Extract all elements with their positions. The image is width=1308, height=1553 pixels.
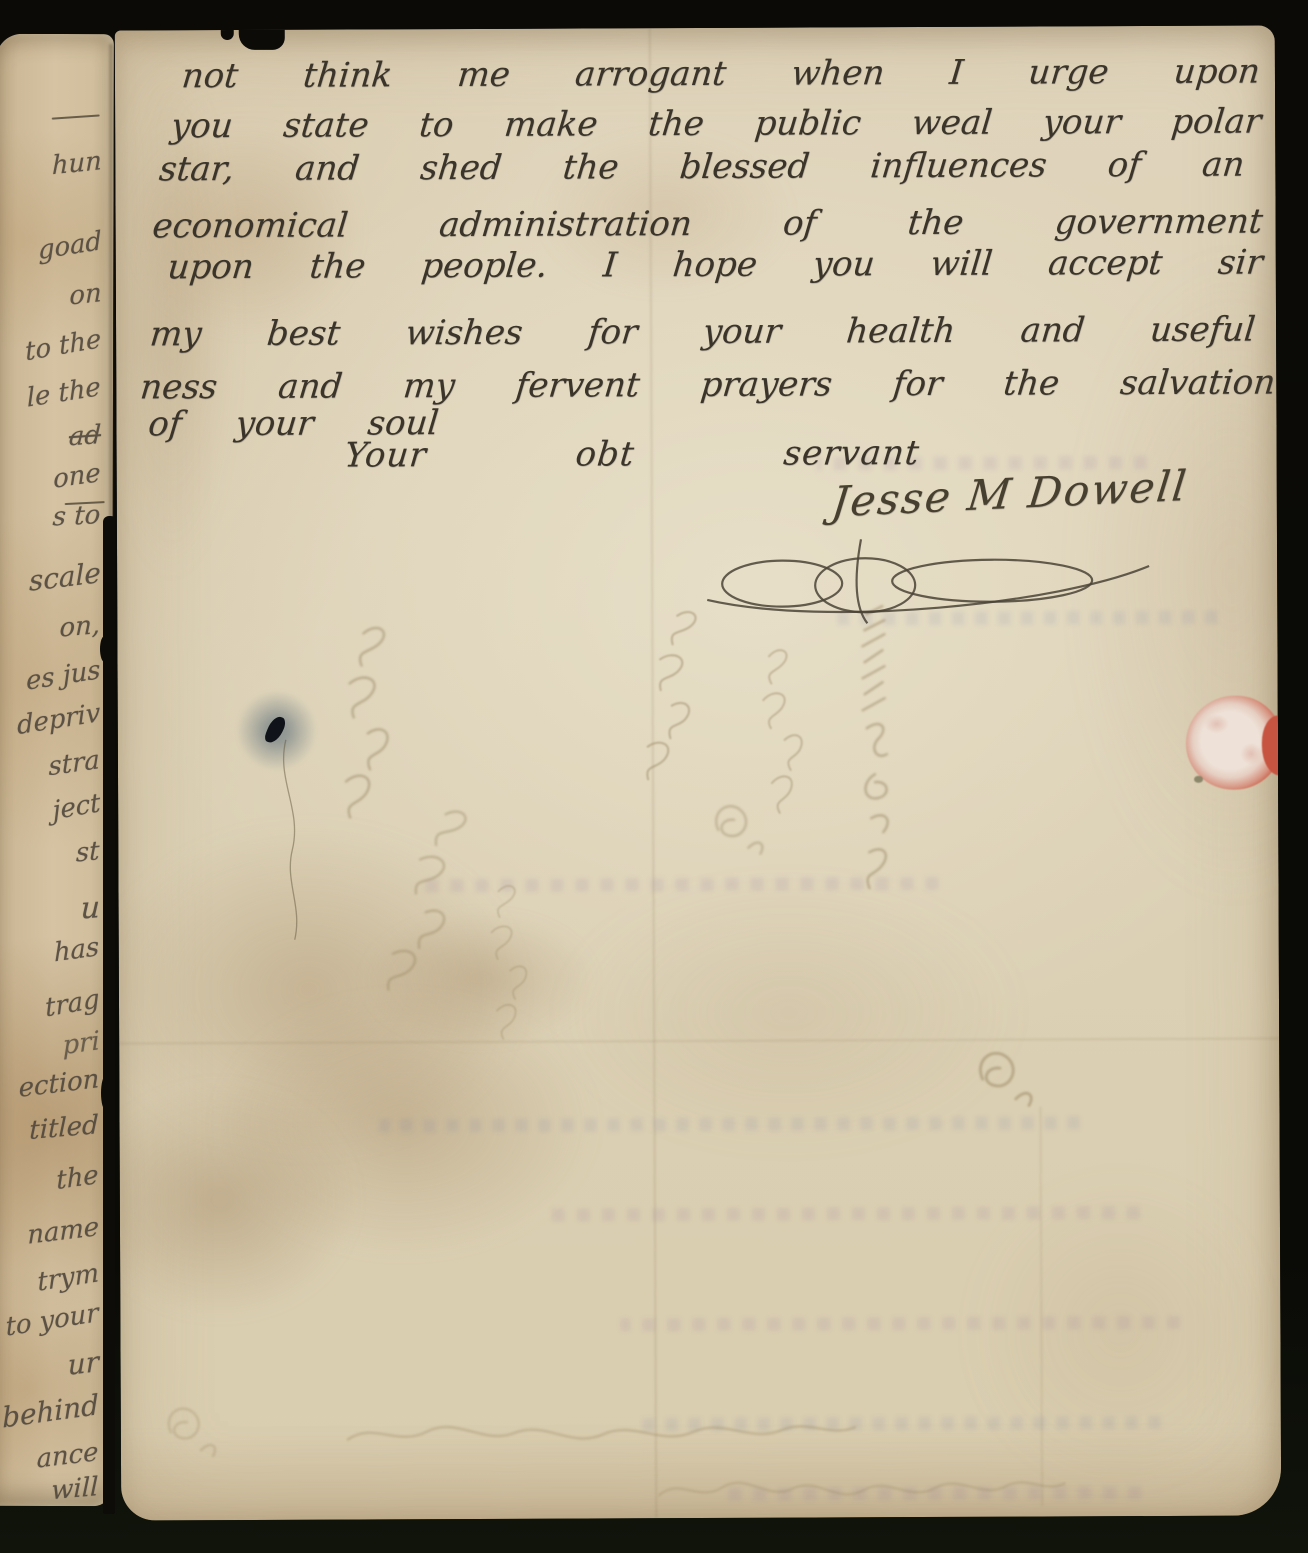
letter-line: upon the people. I hope you will accept … (165, 240, 1265, 291)
left-page-text-fragment: one (53, 458, 101, 495)
ghost-pencil-marks (844, 604, 905, 924)
left-page-text-fragment: trag (44, 984, 100, 1024)
bleed-through-marks (620, 1316, 1180, 1331)
left-page-text-fragment: ad (68, 420, 101, 452)
ghost-pencil-marks (470, 878, 551, 1044)
left-page-text-fragment: scale (29, 556, 101, 598)
bleed-through-marks (380, 1116, 1080, 1132)
page-seam (109, 44, 113, 524)
scanned-letter-photograph: { "scan": { "background_color": "#0b0a07… (0, 0, 1308, 1553)
letter-closing: Your obt servant (342, 430, 922, 479)
left-page-text-fragment: s to (52, 500, 101, 532)
left-page-text-fragment: stra (48, 745, 100, 782)
ghost-pencil-marks (963, 1035, 1040, 1112)
left-page-text-fragment: behind (1, 1388, 99, 1434)
letter-line: my best wishes for your health and usefu… (148, 307, 1258, 358)
left-page-text-fragment: titled (29, 1110, 99, 1146)
left-page-text-fragment: the (56, 1160, 99, 1196)
horizontal-fold-crease (119, 1037, 1279, 1044)
binding-gap (103, 516, 115, 1514)
letter-line: star, and shed the blessed influences of… (157, 142, 1247, 193)
top-edge-ink-notch (239, 26, 285, 50)
seal-speck (1194, 776, 1203, 783)
left-page-text-fragment: goad (37, 226, 102, 266)
left-page-text-fragment: st (76, 836, 100, 869)
left-page-text-fragment: has (54, 932, 100, 968)
letter-line: not think me arrogant when I urge upon (180, 49, 1263, 100)
left-page-text-fragment: le the (27, 372, 102, 414)
top-edge-ink-notch (221, 26, 234, 40)
left-page-text-fragment: pri (62, 1026, 100, 1061)
left-page-text-fragment: to your (5, 1298, 99, 1343)
stain (548, 867, 1029, 1159)
vertical-fold-crease (1039, 1107, 1043, 1507)
ghost-pencil-marks (329, 621, 410, 821)
left-page-text-fragment: to the (24, 324, 102, 367)
left-page-text-fragment: ection (18, 1064, 99, 1104)
left-page-text-fragment: u (80, 890, 101, 926)
letter-page: not think me arrogant when I urge upon y… (115, 25, 1281, 1520)
left-page-text-fragment: ject (51, 788, 101, 826)
ghost-pencil-marks (630, 602, 720, 788)
left-page-text-fragment: trym (36, 1258, 99, 1298)
ghost-pencil-marks (153, 1392, 223, 1462)
left-page-text-fragment: will (51, 1472, 99, 1506)
left-page-text-fragment: ur (67, 1345, 99, 1382)
stray-pen-stroke (52, 114, 100, 119)
left-page-text-fragment: depriv (16, 698, 101, 741)
ghost-pencil-marks (700, 790, 770, 860)
left-page-text-fragment: hun (52, 146, 102, 181)
left-page-text-fragment: name (27, 1212, 99, 1251)
stain (115, 1079, 361, 1320)
wax-seal (1186, 689, 1282, 798)
paper-crack (258, 730, 339, 950)
left-page-text-fragment: on (69, 278, 101, 311)
adjacent-page-edge: hun goad on to the le the ad one s to sc… (0, 34, 114, 1506)
left-page-text-fragment: on, (60, 610, 101, 644)
ghost-pencil-marks (655, 1463, 1071, 1515)
left-page-text-fragment: ance (36, 1437, 98, 1475)
left-page-text-fragment: es jus (25, 655, 101, 697)
ghost-pencil-marks (343, 1407, 863, 1459)
signature-flourish (697, 526, 1157, 628)
bleed-through-marks (540, 1206, 1140, 1222)
